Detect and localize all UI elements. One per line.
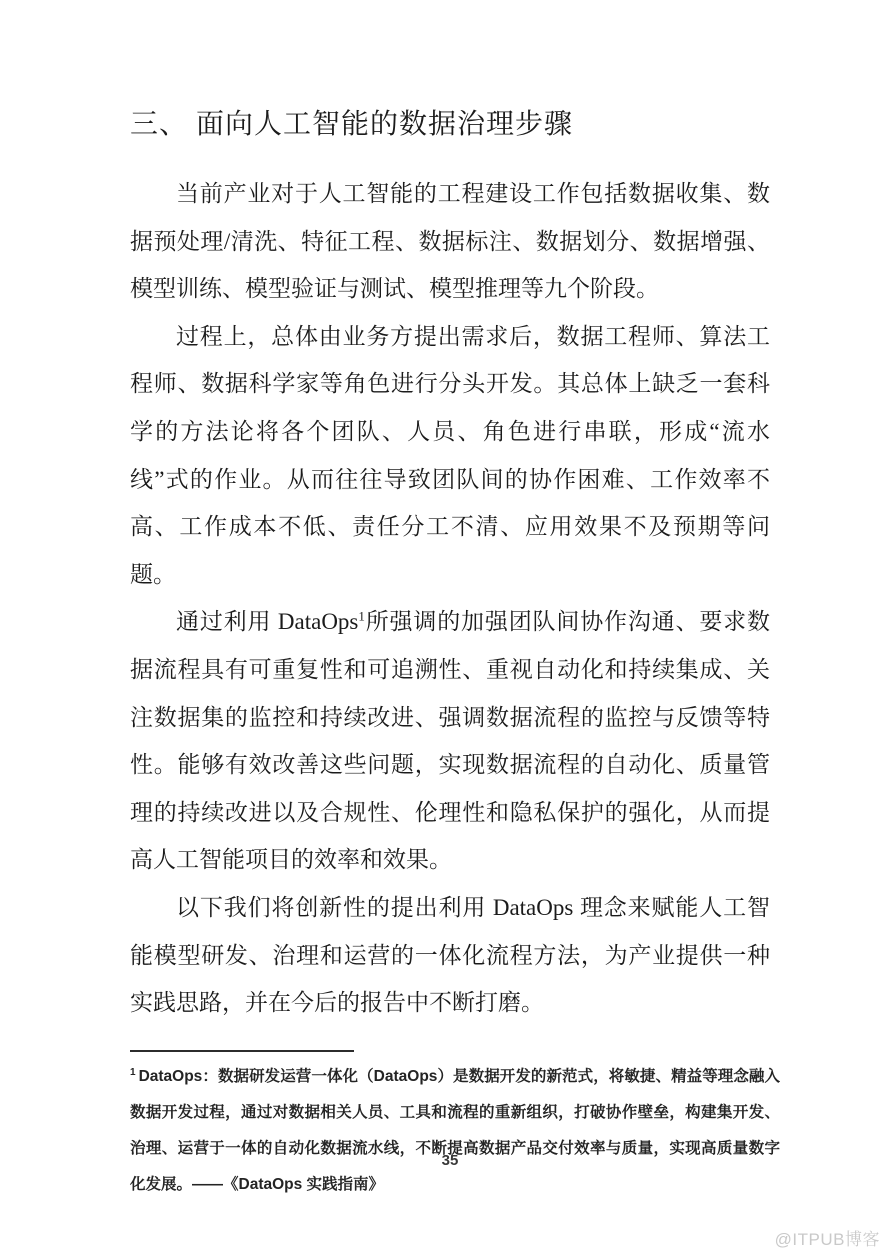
paragraph-dataops-text-continued: 所强调的加强团队间协作沟通、要求数据流程具有可重复性和可追溯性、重视自动化和持续… bbox=[130, 609, 770, 872]
document-page: 三、 面向人工智能的数据治理步骤 当前产业对于人工智能的工程建设工作包括数据收集… bbox=[0, 0, 890, 1258]
watermark-label: @ITPUB博客 bbox=[775, 1225, 880, 1250]
footnote: 1DataOps：数据研发运营一体化（DataOps）是数据开发的新范式，将敏捷… bbox=[130, 1059, 780, 1203]
footnote-separator-line bbox=[130, 1050, 354, 1052]
paragraph-proposal: 以下我们将创新性的提出利用 DataOps 理念来赋能人工智能模型研发、治理和运… bbox=[130, 884, 770, 1027]
section-heading: 三、 面向人工智能的数据治理步骤 bbox=[130, 106, 770, 144]
paragraph-stages: 当前产业对于人工智能的工程建设工作包括数据收集、数据预处理/清洗、特征工程、数据… bbox=[130, 170, 770, 313]
page-number: 35 bbox=[130, 1152, 770, 1169]
footnote-body-text: DataOps：数据研发运营一体化（DataOps）是数据开发的新范式，将敏捷、… bbox=[130, 1068, 780, 1193]
footnote-section: 1DataOps：数据研发运营一体化（DataOps）是数据开发的新范式，将敏捷… bbox=[130, 1050, 780, 1203]
paragraph-dataops-benefits: 通过利用 DataOps1所强调的加强团队间协作沟通、要求数据流程具有可重复性和… bbox=[130, 598, 770, 884]
footnote-marker: 1 bbox=[130, 1067, 136, 1078]
document-content: 三、 面向人工智能的数据治理步骤 当前产业对于人工智能的工程建设工作包括数据收集… bbox=[130, 106, 770, 1027]
paragraph-dataops-text: 通过利用 DataOps bbox=[176, 609, 358, 634]
paragraph-process-problems: 过程上，总体由业务方提出需求后，数据工程师、算法工程师、数据科学家等角色进行分头… bbox=[130, 313, 770, 599]
